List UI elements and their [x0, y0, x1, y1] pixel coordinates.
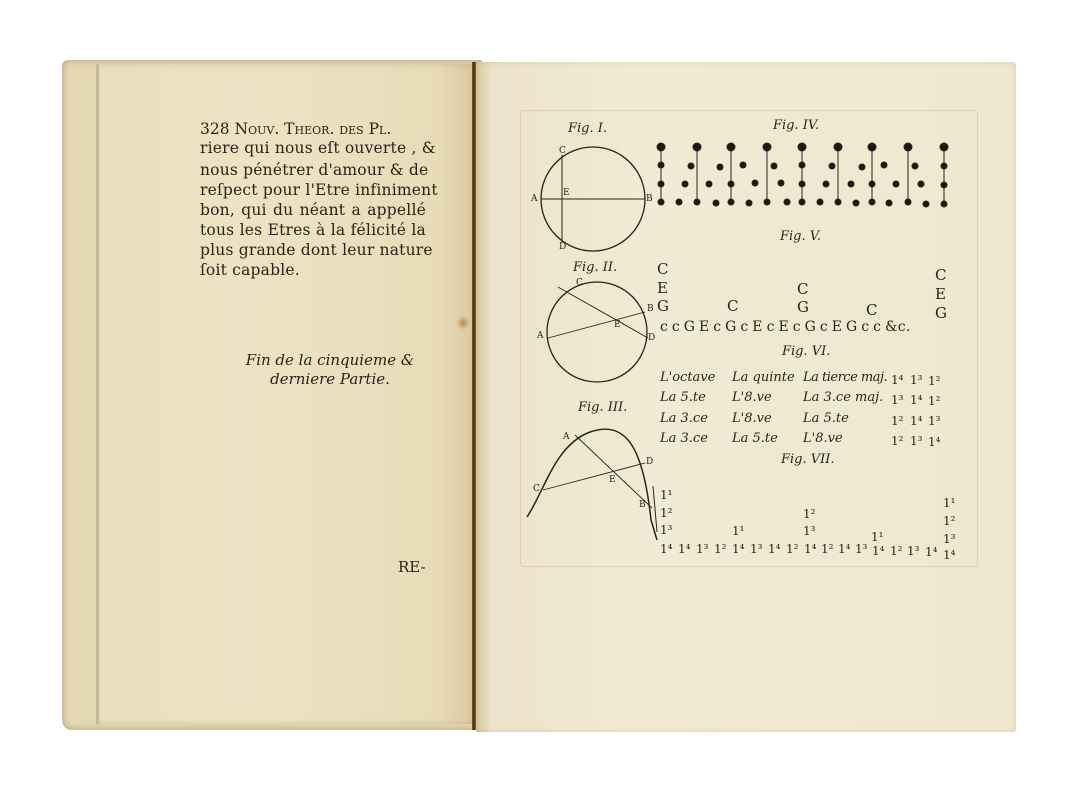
fig6-r4-n3: 1⁴ [928, 435, 940, 449]
fig1-label: Fig. I. [568, 121, 607, 136]
fig6-r3-n3: 1³ [928, 414, 940, 428]
fig7-bottom-5: 1⁴ [732, 542, 744, 556]
running-header: 328 Nouv. Theor. des Pl. [200, 120, 391, 138]
fig7-right-stack-3: 1³ [943, 532, 955, 546]
catchword: RE- [398, 558, 426, 576]
fig7-bottom-14: 1² [890, 544, 902, 558]
fig6-r2-n1: 1³ [891, 393, 903, 407]
fig5-stack-c3: C [866, 303, 877, 318]
fig7-stack-a: 1¹ [732, 524, 744, 538]
fig3-curve-diagram [520, 420, 670, 550]
fig5-label: Fig. V. [780, 229, 821, 244]
fig7-bottom-16: 1⁴ [925, 545, 937, 559]
page-number: 328 [200, 120, 230, 138]
finis-line-1: Fin de la cinquieme & [230, 351, 430, 369]
fig3-point-b: B [639, 500, 646, 510]
fig6-r2-n2: 1⁴ [910, 393, 922, 407]
fig7-bottom-13: 1⁴ [872, 544, 884, 558]
fig7-bottom-4: 1² [714, 542, 726, 556]
running-title: Nouv. Theor. des Pl. [235, 120, 392, 138]
fig1-point-d: D [559, 242, 566, 252]
fig4-dot-diagram [650, 138, 970, 218]
fig7-bottom-3: 1³ [696, 542, 708, 556]
fig5-stack-c2-g: G [797, 300, 809, 315]
foxing-stain [456, 316, 470, 330]
fig7-bottom-17: 1⁴ [943, 548, 955, 562]
fig1-point-e: E [563, 188, 570, 198]
fig5-stack-c1: C [727, 299, 738, 314]
fig6-r2-c3: La 3.ce maj. [803, 390, 883, 405]
fig6-r1-c3: La tierce maj. [803, 370, 887, 385]
fig7-bottom-15: 1³ [907, 544, 919, 558]
fig6-r3-c2: L'8.ve [732, 411, 772, 426]
fig6-r3-c1: La 3.ce [660, 411, 708, 426]
fig6-r3-n1: 1² [891, 414, 903, 428]
fig7-bottom-10: 1² [821, 542, 833, 556]
fig1-point-c: C [559, 146, 566, 156]
body-line: bon, qui du néant a appellé [200, 201, 426, 219]
fig7-label: Fig. VII. [781, 452, 835, 467]
fig2-label: Fig. II. [573, 260, 617, 275]
fig6-r1-n1: 1⁴ [891, 373, 903, 387]
fig6-r1-n2: 1³ [910, 373, 922, 387]
fig7-bottom-6: 1³ [750, 542, 762, 556]
body-line: tous les Etres à la félicité la [200, 221, 426, 239]
fig6-r4-n2: 1³ [910, 434, 922, 448]
fig5-stack-c2-c: C [797, 282, 808, 297]
fig7-bottom-1: 1⁴ [660, 542, 672, 556]
fig7-stack-b-2: 1³ [803, 524, 815, 538]
fig3-point-a: A [563, 432, 570, 442]
body-line: plus grande dont leur nature [200, 241, 426, 259]
fig2-point-c: C [576, 278, 583, 288]
fig5-stack-left-e: E [657, 281, 668, 296]
fig6-r3-n2: 1⁴ [910, 414, 922, 428]
fig2-point-e: E [614, 320, 621, 330]
fig5-stack-right-e: E [935, 287, 946, 302]
fig6-r2-c2: L'8.ve [732, 390, 772, 405]
fig6-r1-n3: 1² [928, 374, 940, 388]
fig1-circle-diagram [535, 140, 655, 260]
fig7-stack-c: 1¹ [871, 530, 883, 544]
fig6-r1-c2: La quinte [732, 370, 795, 385]
fig5-note-row: c c G E c G c E c E c G c E G c c &c. [660, 320, 911, 335]
fig6-r4-n1: 1² [891, 434, 903, 448]
body-line: ſoit capable. [200, 261, 300, 279]
fig2-point-a: A [537, 331, 544, 341]
fig5-stack-left-c: C [657, 262, 668, 277]
fig7-bottom-11: 1⁴ [838, 542, 850, 556]
body-line: reſpect pour l'Etre infiniment [200, 181, 426, 199]
fig3-label: Fig. III. [578, 400, 627, 415]
fig3-point-e: E [609, 475, 616, 485]
fig6-r4-c1: La 3.ce [660, 431, 708, 446]
body-line: riere qui nous eſt ouverte , & [200, 139, 426, 157]
fig6-r2-n3: 1² [928, 394, 940, 408]
fig7-connector-line [652, 486, 662, 536]
fig6-r1-c1: L'octave [660, 370, 715, 385]
fig7-bottom-12: 1³ [855, 542, 867, 556]
fig6-r4-c2: La 5.te [732, 431, 778, 446]
finis-line-2: derniere Partie. [230, 370, 430, 388]
fig2-point-b: B [647, 304, 654, 314]
fig2-circle-diagram [545, 278, 665, 398]
body-line: nous pénétrer d'amour & de [200, 161, 426, 179]
fig7-stack-b-1: 1² [803, 507, 815, 521]
fig7-right-stack-1: 1¹ [943, 496, 955, 510]
book-gutter [472, 62, 476, 730]
fig6-r2-c1: La 5.te [660, 390, 706, 405]
fig7-bottom-2: 1⁴ [678, 542, 690, 556]
left-page-fold [96, 64, 99, 724]
fig4-label: Fig. IV. [773, 118, 819, 133]
fig5-stack-right-c: C [935, 268, 946, 283]
fig5-stack-left-g: G [657, 299, 669, 314]
open-book: 328 Nouv. Theor. des Pl. riere qui nous … [0, 0, 1080, 800]
fig2-point-d: D [648, 333, 655, 343]
fig3-point-c: C [533, 484, 540, 494]
fig7-bottom-7: 1⁴ [768, 542, 780, 556]
fig7-bottom-9: 1⁴ [804, 542, 816, 556]
fig6-r4-c3: L'8.ve [803, 431, 843, 446]
fig6-r3-c3: La 5.te [803, 411, 849, 426]
fig6-label: Fig. VI. [782, 344, 830, 359]
fig3-point-d: D [646, 457, 653, 467]
fig7-right-stack-2: 1² [943, 514, 955, 528]
fig7-bottom-8: 1² [786, 542, 798, 556]
fig1-point-a: A [531, 194, 538, 204]
fig5-stack-right-g: G [935, 306, 947, 321]
